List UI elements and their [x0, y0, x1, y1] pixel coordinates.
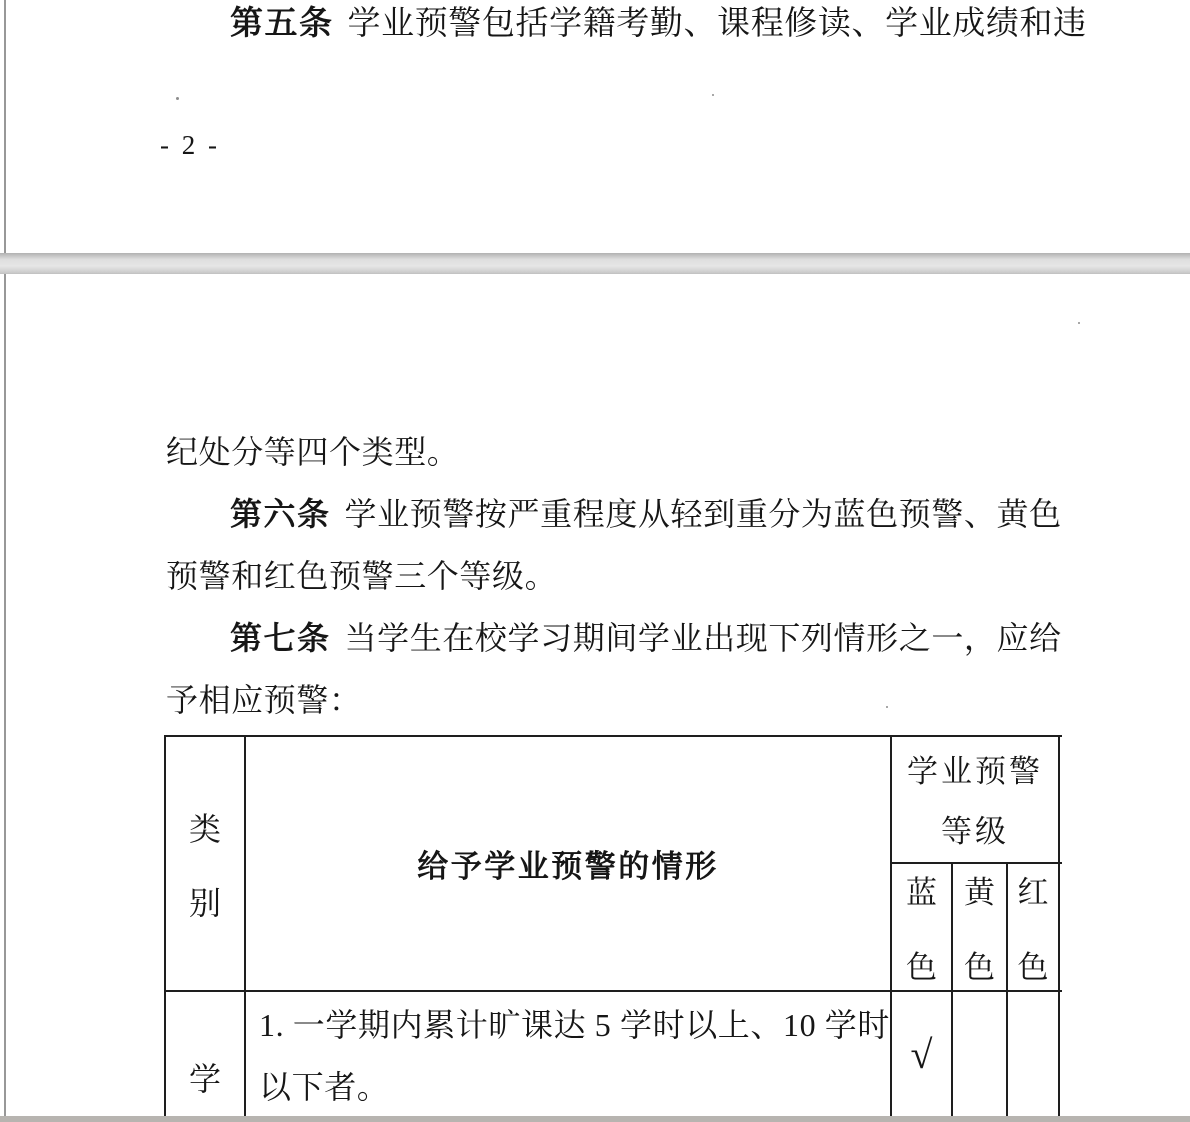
paragraph-line: 予相应预警：: [166, 683, 362, 717]
subheader-char: 色: [964, 942, 995, 987]
checkmark: √: [911, 1031, 933, 1078]
scan-noise-dot: [176, 97, 179, 100]
level-header-cell: 学业预警 等级: [892, 737, 1058, 860]
level-subheader-red: 红 色: [1008, 864, 1058, 990]
article-6-text: 学业预警按严重程度从轻到重分为蓝色预警、黄色: [345, 496, 1062, 532]
article-7-line: 第七条当学生在校学习期间学业出现下列情形之一，应给: [230, 621, 1062, 655]
table-grid-line: [1058, 735, 1060, 1116]
level-subheader-blue: 蓝 色: [892, 864, 951, 990]
yellow-cell-empty: [953, 992, 1006, 1116]
paragraph-line: 预警和红色预警三个等级。: [166, 559, 557, 593]
category-header-char: 别: [189, 878, 221, 924]
row-category-cell: 学: [166, 992, 244, 1116]
scan-edge-line: [4, 0, 6, 253]
category-header-char: 类: [189, 804, 221, 850]
scan-noise-dot: [712, 94, 714, 96]
subheader-char: 色: [1018, 942, 1049, 987]
scan-edge-line: [4, 274, 6, 1116]
level-header-line: 等级: [941, 806, 1009, 851]
subheader-char: 色: [906, 942, 937, 987]
article-5-line: 第五条学业预警包括学籍考勤、课程修读、学业成绩和违: [230, 7, 1087, 41]
article-7-label: 第七条: [230, 620, 331, 656]
warning-table: 类 别 给予学业预警的情形 学业预警 等级 蓝 色 黄 色 红 色 学: [164, 735, 1062, 1116]
scan-noise-dot: [886, 706, 888, 708]
subheader-char: 红: [1018, 867, 1049, 912]
level-header-line: 学业预警: [907, 746, 1043, 791]
page-2: 纪处分等四个类型。 第六条学业预警按严重程度从轻到重分为蓝色预警、黄色 预警和红…: [0, 274, 1190, 1116]
category-header-cell: 类 别: [166, 737, 244, 990]
page-number: - 2 -: [160, 130, 220, 161]
level-subheader-yellow: 黄 色: [953, 864, 1006, 990]
situation-text-line: 1. 一学期内累计旷课达 5 学时以上、10 学时: [259, 1000, 890, 1046]
subheader-char: 蓝: [906, 867, 937, 912]
situation-header-cell: 给予学业预警的情形: [246, 737, 890, 990]
article-5-label: 第五条: [230, 6, 334, 42]
situation-text-line: 以下者。: [259, 1062, 389, 1108]
checkmark-blue-cell: √: [892, 992, 951, 1116]
paragraph-line: 纪处分等四个类型。: [166, 435, 459, 469]
document-viewer: 第五条学业预警包括学籍考勤、课程修读、学业成绩和违 - 2 - 纪处分等四个类型…: [0, 0, 1190, 1122]
article-5-text: 学业预警包括学籍考勤、课程修读、学业成绩和违: [348, 6, 1087, 42]
article-6-line: 第六条学业预警按严重程度从轻到重分为蓝色预警、黄色: [230, 497, 1062, 531]
page-gap: [0, 253, 1190, 274]
row-situation-cell: 1. 一学期内累计旷课达 5 学时以上、10 学时 以下者。: [246, 992, 890, 1116]
subheader-char: 黄: [964, 867, 995, 912]
article-6-label: 第六条: [230, 496, 331, 532]
red-cell-empty: [1008, 992, 1058, 1116]
article-7-text: 当学生在校学习期间学业出现下列情形之一，应给: [345, 620, 1062, 656]
page-1: 第五条学业预警包括学籍考勤、课程修读、学业成绩和违 - 2 -: [0, 0, 1190, 253]
scan-noise-dot: [1078, 322, 1080, 324]
bottom-strip: [0, 1116, 1190, 1122]
